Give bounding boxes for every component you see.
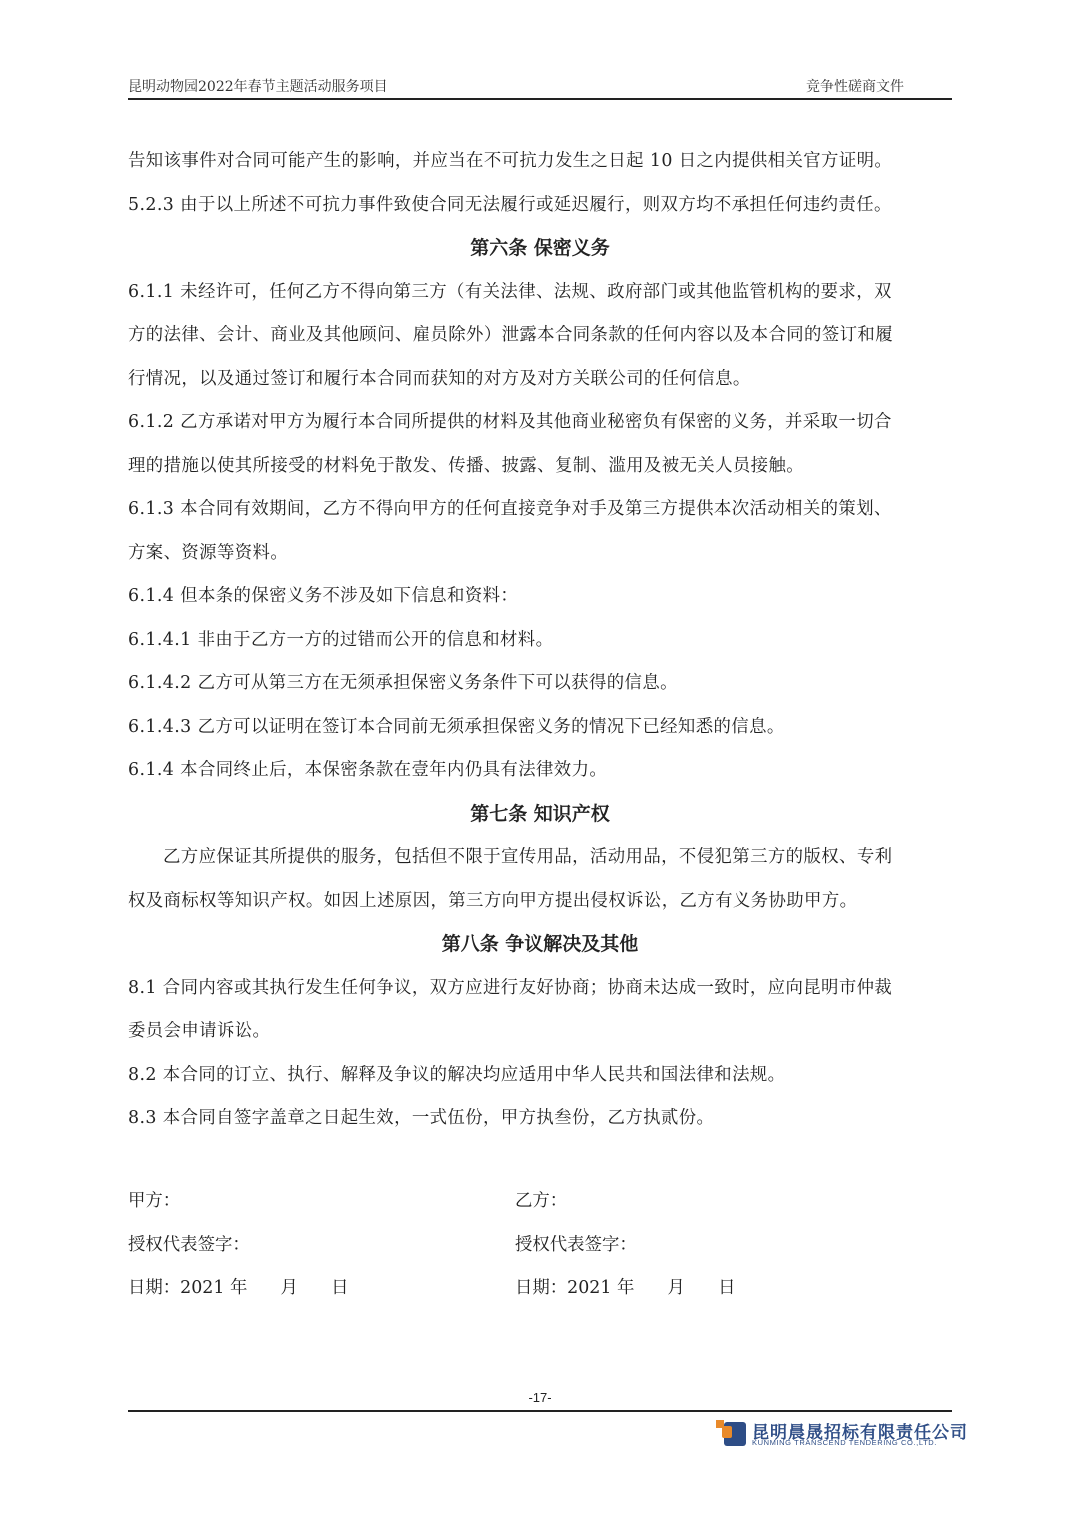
party-a-rep-label: 授权代表签字： (128, 1224, 250, 1268)
paragraph-line: 8.1 合同内容或其执行发生任何争议，双方应进行友好协商；协商未达成一致时，应向… (128, 967, 952, 1011)
paragraph-line: 乙方应保证其所提供的服务，包括但不限于宣传用品，活动用品，不侵犯第三方的版权、专… (128, 836, 952, 880)
document-body: 告知该事件对合同可能产生的影响，并应当在不可抗力发生之日起 10 日之内提供相关… (128, 140, 952, 1141)
section-heading-6: 第六条 保密义务 (128, 227, 952, 271)
header-divider (128, 98, 952, 100)
signature-party-row: 甲方： 乙方： (128, 1180, 952, 1224)
paragraph-line: 理的措施以使其所接受的材料免于散发、传播、披露、复制、滥用及被无关人员接触。 (128, 445, 952, 489)
party-b-date: 日期：2021 年 月 日 (515, 1267, 735, 1311)
paragraph: 8.3 本合同自签字盖章之日起生效，一式伍份，甲方执叁份，乙方执贰份。 (128, 1097, 952, 1141)
signature-date-row: 日期：2021 年 月 日 日期：2021 年 月 日 (128, 1267, 952, 1311)
paragraph: 6.1.4 本合同终止后，本保密条款在壹年内仍具有法律效力。 (128, 749, 952, 793)
paragraph-line: 方案、资源等资料。 (128, 532, 952, 576)
paragraph-line: 权及商标权等知识产权。如因上述原因，第三方向甲方提出侵权诉讼，乙方有义务协助甲方… (128, 880, 952, 924)
paragraph-line: 行情况，以及通过签订和履行本合同而获知的对方及对方关联公司的任何信息。 (128, 358, 952, 402)
signature-block: 甲方： 乙方： 授权代表签字： 授权代表签字： 日期：2021 年 月 日 日期… (128, 1180, 952, 1311)
page-number: -17- (0, 1390, 1080, 1405)
paragraph-line: 6.1.1 未经许可，任何乙方不得向第三方（有关法律、法规、政府部门或其他监管机… (128, 271, 952, 315)
paragraph: 6.1.4.2 乙方可从第三方在无须承担保密义务条件下可以获得的信息。 (128, 662, 952, 706)
header-doc-type: 竞争性磋商文件 (806, 76, 904, 96)
paragraph-line: 委员会申请诉讼。 (128, 1010, 952, 1054)
paragraph-line: 6.1.3 本合同有效期间，乙方不得向甲方的任何直接竞争对手及第三方提供本次活动… (128, 488, 952, 532)
section-heading-7: 第七条 知识产权 (128, 793, 952, 837)
paragraph: 6.1.4 但本条的保密义务不涉及如下信息和资料： (128, 575, 952, 619)
header-project-title: 昆明动物园2022年春节主题活动服务项目 (128, 76, 388, 96)
company-name-en: KUNMING TRANSCEND TENDERING CO.,LTD. (752, 1438, 937, 1447)
footer-divider (128, 1410, 952, 1412)
paragraph-line: 6.1.2 乙方承诺对甲方为履行本合同所提供的材料及其他商业秘密负有保密的义务，… (128, 401, 952, 445)
party-b-label: 乙方： (515, 1180, 567, 1224)
page-header: 昆明动物园2022年春节主题活动服务项目 竞争性磋商文件 (128, 76, 952, 98)
logo-icon (716, 1420, 746, 1446)
paragraph: 6.1.4.3 乙方可以证明在签订本合同前无须承担保密义务的情况下已经知悉的信息… (128, 706, 952, 750)
company-logo: 昆明晨晟招标有限责任公司 KUNMING TRANSCEND TENDERING… (716, 1418, 952, 1448)
party-b-rep-label: 授权代表签字： (515, 1224, 637, 1268)
signature-rep-row: 授权代表签字： 授权代表签字： (128, 1224, 952, 1268)
paragraph-line: 方的法律、会计、商业及其他顾问、雇员除外）泄露本合同条款的任何内容以及本合同的签… (128, 314, 952, 358)
paragraph: 5.2.3 由于以上所述不可抗力事件致使合同无法履行或延迟履行，则双方均不承担任… (128, 184, 952, 228)
paragraph: 告知该事件对合同可能产生的影响，并应当在不可抗力发生之日起 10 日之内提供相关… (128, 140, 952, 184)
paragraph: 6.1.4.1 非由于乙方一方的过错而公开的信息和材料。 (128, 619, 952, 663)
section-heading-8: 第八条 争议解决及其他 (128, 923, 952, 967)
paragraph: 8.2 本合同的订立、执行、解释及争议的解决均应适用中华人民共和国法律和法规。 (128, 1054, 952, 1098)
party-a-label: 甲方： (128, 1180, 180, 1224)
party-a-date: 日期：2021 年 月 日 (128, 1267, 348, 1311)
